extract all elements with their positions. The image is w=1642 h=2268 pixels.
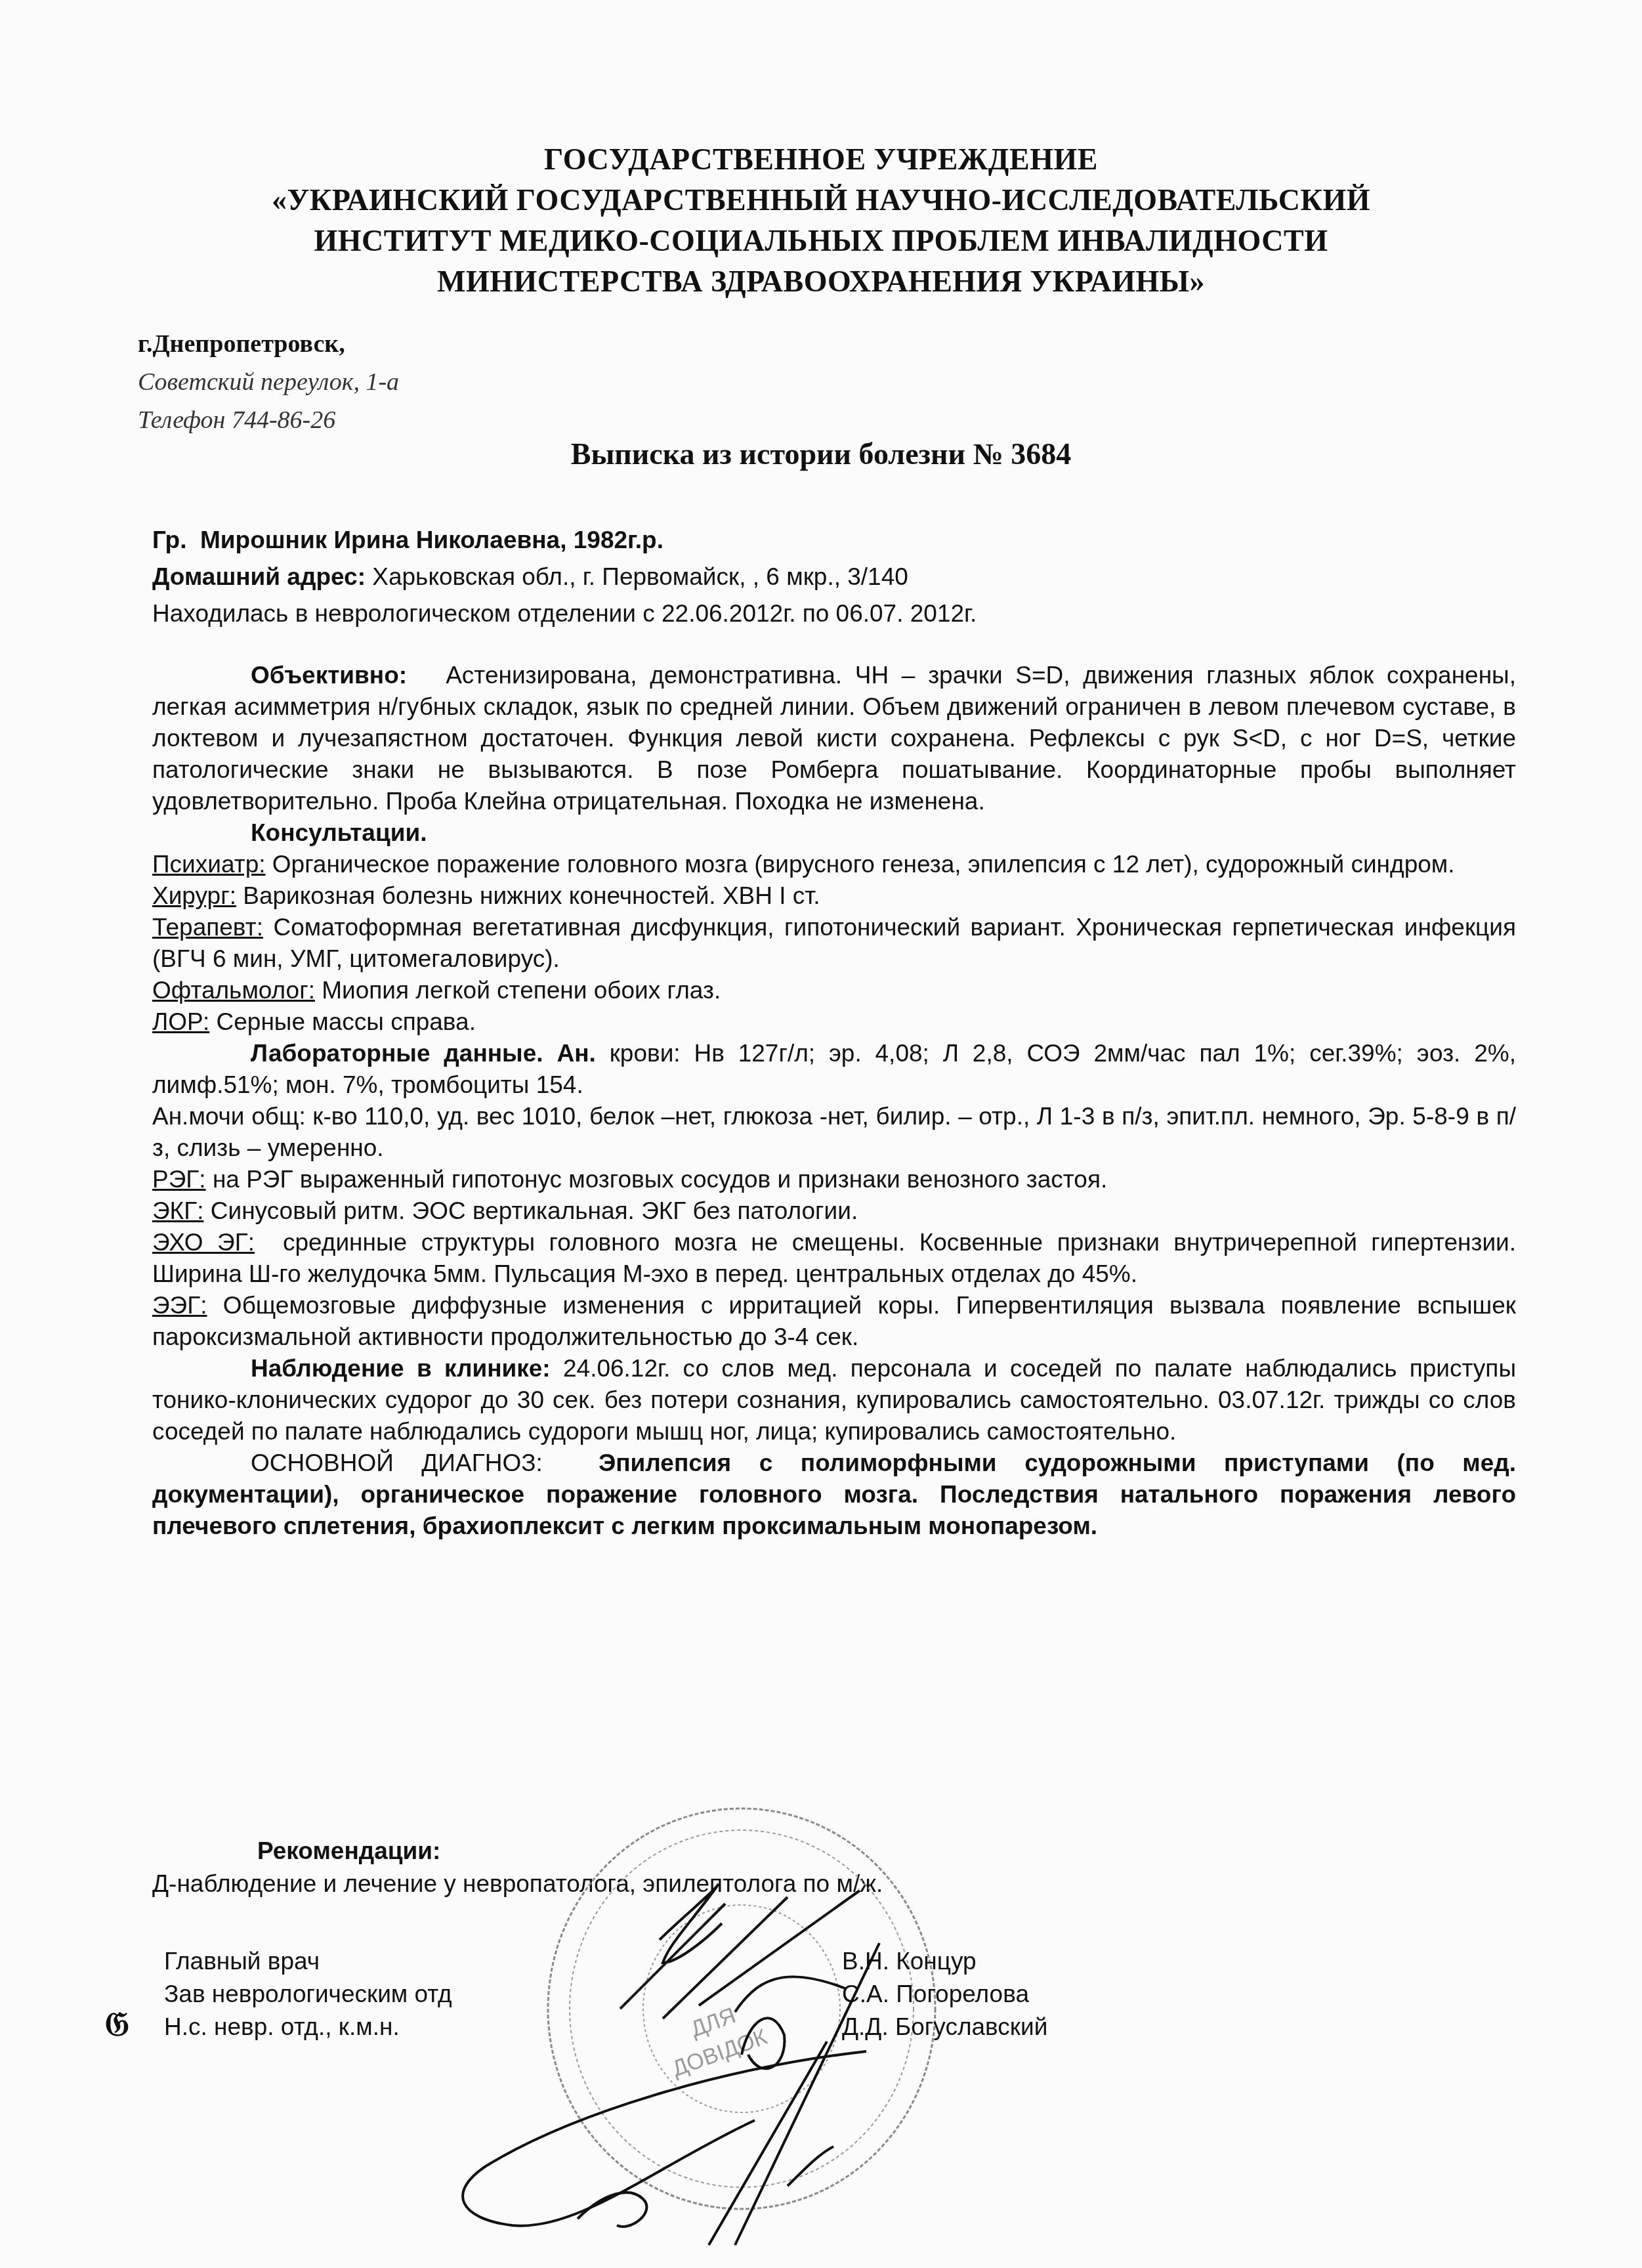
consultation-text: Варикозная болезнь нижних конечностей. Х… <box>243 882 820 909</box>
study-item: ЭЭГ: Общемозговые диффузные изменения с … <box>152 1290 1516 1353</box>
study-text: Общемозговые диффузные изменения с иррит… <box>152 1292 1516 1350</box>
institution-address: г.Днепропетровск, Советский переулок, 1-… <box>138 325 399 439</box>
consultation-item: Психиатр: Органическое поражение головно… <box>152 849 1516 880</box>
header-line: «УКРАИНСКИЙ ГОСУДАРСТВЕННЫЙ НАУЧНО-ИССЛЕ… <box>0 180 1642 221</box>
consultations-title: Консультации. <box>152 817 1516 849</box>
address-phone: Телефон 744-86-26 <box>138 401 399 439</box>
consultation-label: Офтальмолог: <box>152 977 315 1004</box>
handwritten-mark-icon: 𝔊 <box>105 2005 129 2045</box>
header-line: ГОСУДАРСТВЕННОЕ УЧРЕЖДЕНИЕ <box>0 139 1642 180</box>
signature-role: Главный врач <box>164 1945 452 1978</box>
consultation-item: Терапевт: Соматоформная вегетативная дис… <box>152 912 1516 975</box>
observation-section: Наблюдение в клинике: 24.06.12г. со слов… <box>152 1353 1516 1447</box>
signature-names: В.Н. Концур С.А. Погорелова Д.Д. Богусла… <box>842 1945 1047 2043</box>
home-address-label: Домашний адрес: <box>152 563 366 590</box>
study-label: ЭХО ЭГ: <box>152 1229 255 1256</box>
lab-label: Лабораторные данные. <box>251 1040 543 1067</box>
study-item: ЭКГ: Синусовый ритм. ЭОС вертикальная. Э… <box>152 1195 1516 1227</box>
patient-info: Гр. Мирошник Ирина Николаевна, 1982г.р. … <box>152 522 977 632</box>
signature-name: В.Н. Концур <box>842 1945 1047 1978</box>
diagnosis-label: ОСНОВНОЙ ДИАГНОЗ: <box>251 1449 543 1476</box>
document-title: Выписка из истории болезни № 3684 <box>0 437 1642 471</box>
study-label: ЭКГ: <box>152 1197 203 1224</box>
address-city: г.Днепропетровск, <box>138 325 399 363</box>
patient-name: Мирошник Ирина Николаевна, 1982г.р. <box>200 526 663 553</box>
patient-name-label: Гр. <box>152 526 186 553</box>
study-text: срединные структуры головного мозга не с… <box>152 1229 1516 1287</box>
objective-section: Объективно: Астенизирована, демонстратив… <box>152 660 1516 817</box>
signature-roles: Главный врач Зав неврологическим отд Н.с… <box>164 1945 452 2043</box>
signature-name: Д.Д. Богуславский <box>842 2011 1047 2043</box>
blood-label: Ан. <box>557 1040 595 1067</box>
consultation-label: Хирург: <box>152 882 236 909</box>
signature-role: Н.с. невр. отд., к.м.н. <box>164 2011 452 2043</box>
diagnosis-section: ОСНОВНОЙ ДИАГНОЗ: Эпилепсия с полиморфны… <box>152 1447 1516 1542</box>
consultation-label: Психиатр: <box>152 851 266 878</box>
consultation-text: Органическое поражение головного мозга (… <box>272 851 1455 878</box>
consultation-item: ЛОР: Серные массы справа. <box>152 1006 1516 1038</box>
address-street: Советский переулок, 1-а <box>138 363 399 401</box>
study-text: Синусовый ритм. ЭОС вертикальная. ЭКГ бе… <box>211 1197 858 1224</box>
lab-section: Лабораторные данные. Ан. крови: Нв 127г/… <box>152 1038 1516 1101</box>
study-text: на РЭГ выраженный гипотонус мозговых сос… <box>213 1166 1107 1193</box>
consultation-text: Миопия легкой степени обоих глаз. <box>322 977 721 1004</box>
header-line: ИНСТИТУТ МЕДИКО-СОЦИАЛЬНЫХ ПРОБЛЕМ ИНВАЛ… <box>0 221 1642 261</box>
consultation-item: Офтальмолог: Миопия легкой степени обоих… <box>152 975 1516 1006</box>
consultation-label: ЛОР: <box>152 1008 209 1035</box>
study-item: ЭХО ЭГ: срединные структуры головного мо… <box>152 1227 1516 1290</box>
objective-label: Объективно: <box>251 662 407 689</box>
study-label: РЭГ: <box>152 1166 206 1193</box>
home-address: Харьковская обл., г. Первомайск, , 6 мкр… <box>372 563 908 590</box>
study-label: ЭЭГ: <box>152 1292 207 1319</box>
document-page: ГОСУДАРСТВЕННОЕ УЧРЕЖДЕНИЕ «УКРАИНСКИЙ Г… <box>0 0 1642 2268</box>
observation-label: Наблюдение в клинике: <box>251 1355 551 1382</box>
institution-header: ГОСУДАРСТВЕННОЕ УЧРЕЖДЕНИЕ «УКРАИНСКИЙ Г… <box>0 139 1642 302</box>
urine-results: Ан.мочи общ: к-во 110,0, уд. вес 1010, б… <box>152 1101 1516 1164</box>
consultation-label: Терапевт: <box>152 914 263 941</box>
signature-name: С.А. Погорелова <box>842 1978 1047 2011</box>
hospital-stay: Находилась в неврологическом отделении с… <box>152 595 977 632</box>
consultation-text: Соматоформная вегетативная дисфункция, г… <box>152 914 1516 972</box>
header-line: МИНИСТЕРСТВА ЗДРАВООХРАНЕНИЯ УКРАИНЫ» <box>0 261 1642 302</box>
study-item: РЭГ: на РЭГ выраженный гипотонус мозговы… <box>152 1164 1516 1195</box>
consultation-item: Хирург: Варикозная болезнь нижних конечн… <box>152 880 1516 912</box>
document-body: Объективно: Астенизирована, демонстратив… <box>152 660 1516 1542</box>
consultation-text: Серные массы справа. <box>217 1008 476 1035</box>
signature-role: Зав неврологическим отд <box>164 1978 452 2011</box>
